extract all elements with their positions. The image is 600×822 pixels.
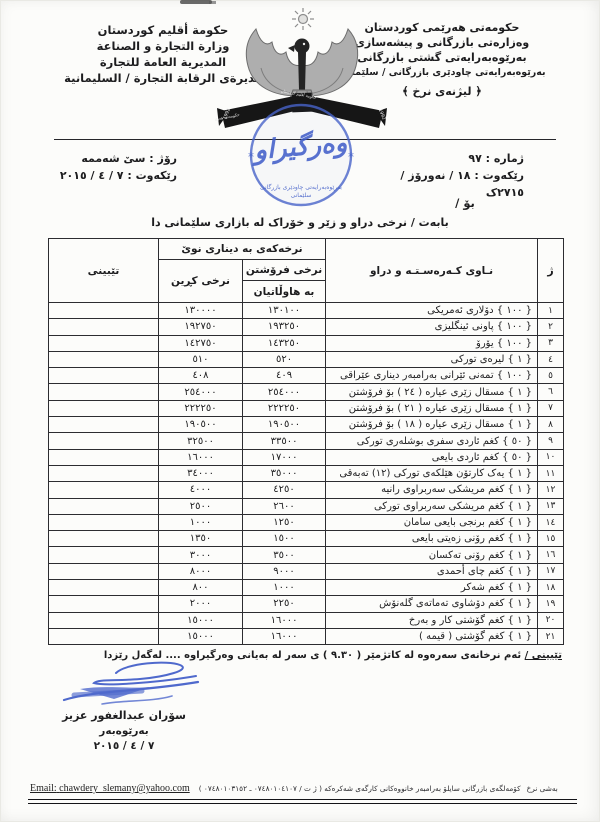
subject-line: بابەت / نرخی دراو و زێر و خۆراک لە بازار… <box>60 216 540 229</box>
sell-price-cell: ١٩٠٥٠٠ <box>243 417 326 433</box>
row-number-cell: ٢١ <box>538 628 564 644</box>
item-name-cell: { ١٠٠ } پاونی ئینگلیزی <box>326 319 538 335</box>
stamp-ring-text: سلێمانی <box>291 192 312 199</box>
note-cell <box>49 628 159 644</box>
note-cell <box>49 368 159 384</box>
sell-price-cell: ١٣٠١٠٠ <box>243 303 326 319</box>
buy-price-cell: ٨٠٠ <box>159 580 243 596</box>
number-line: ژمارە : ٩٧ <box>368 150 524 167</box>
price-table-row: ١٩{ ١ } کغم دۆشاوی تەماتەی گلەنۆش٢٢٥٠٢٠٠… <box>49 596 564 612</box>
footer-contact: Email: chawdery_slemany@yahoo.com کۆمەلگ… <box>30 783 578 794</box>
meta-left-block: رۆژ : سێ شەممە رێکەوت : ٧ / ٤ / ٢٠١٥ <box>55 150 177 184</box>
buy-price-cell: ١٩٠٥٠٠ <box>159 417 243 433</box>
sell-price-cell: ٢٢٢٢٥٠ <box>243 400 326 416</box>
item-name-cell: { ١ } مسقال زێری عیارە ( ٢١ ) بۆ فرۆشتن <box>326 400 538 416</box>
signer-name: سۆران عبدالغفور عزیز <box>40 708 208 724</box>
row-number-cell: ١٢ <box>538 482 564 498</box>
buy-price-cell: ٢٠٠٠ <box>159 596 243 612</box>
buy-price-cell: ٣٤٠٠٠ <box>159 465 243 481</box>
buy-price-cell: ٢٢٢٢٥٠ <box>159 400 243 416</box>
item-name-cell: { ١ } کغم رۆنی زەیتی بایعی <box>326 531 538 547</box>
col-header-buy: نرخی کڕین <box>159 260 243 303</box>
date-line: رێکەوت : ٧ / ٤ / ٢٠١٥ <box>55 167 177 184</box>
email-link[interactable]: Email: chawdery_slemany@yahoo.com <box>30 783 190 794</box>
footer-divider <box>28 799 577 804</box>
buy-price-cell: ٣٠٠٠ <box>159 547 243 563</box>
item-name-cell: { ١٠٠ } یۆرۆ <box>326 335 538 351</box>
sell-price-cell: ١٦٠٠٠ <box>243 612 326 628</box>
col-header-sell-sub: بە هاوڵاتیان <box>243 281 326 303</box>
price-table-row: ٨{ ١ } مسقال زێری عیارە ( ١٨ ) بۆ فرۆشتن… <box>49 417 564 433</box>
sell-price-cell: ١٢٥٠ <box>243 514 326 530</box>
price-table-row: ١٦{ ١ } کغم رۆنی تەکسان٣٥٠٠٣٠٠٠ <box>49 547 564 563</box>
note-cell <box>49 563 159 579</box>
price-table-row: ١{ ١٠٠ } دۆلاری ئەمریکی١٣٠١٠٠١٣٠٠٠٠ <box>49 303 564 319</box>
buy-price-cell: ٣٢٥٠٠ <box>159 433 243 449</box>
sell-price-cell: ٤٢٥٠ <box>243 482 326 498</box>
price-table-row: ١٥{ ١ } کغم رۆنی زەیتی بایعی١٥٠٠١٣٥٠ <box>49 531 564 547</box>
note-cell <box>49 482 159 498</box>
sell-price-cell: ١٥٠٠ <box>243 531 326 547</box>
sell-price-cell: ١٦٠٠٠ <box>243 628 326 644</box>
to-line: بۆ / <box>430 196 500 210</box>
price-section-label: بەشی نرخ <box>527 784 558 793</box>
row-number-cell: ١١ <box>538 465 564 481</box>
row-number-cell: ١٧ <box>538 563 564 579</box>
row-number-cell: ١٣ <box>538 498 564 514</box>
sell-price-cell: ٥٢٠ <box>243 351 326 367</box>
sell-price-cell: ١٧٠٠٠ <box>243 449 326 465</box>
sell-price-cell: ٣٥٠٠٠ <box>243 465 326 481</box>
note-cell <box>49 303 159 319</box>
note-cell <box>49 449 159 465</box>
buy-price-cell: ٥١٠ <box>159 351 243 367</box>
item-name-cell: { ١ } کغم مریشکی سەربراوی رانیە <box>326 482 538 498</box>
row-number-cell: ١ <box>538 303 564 319</box>
price-table-row: ١٣{ ١ } کغم مریشکی سەربراوی تورکی٢٦٠٠٢٥٠… <box>49 498 564 514</box>
item-name-cell: { ١ } کغم رۆنی تەکسان <box>326 547 538 563</box>
row-number-cell: ١٤ <box>538 514 564 530</box>
buy-price-cell: ١٠٠٠ <box>159 514 243 530</box>
price-table-row: ١٠{ ٥٠ } کغم ئاردی بایعی١٧٠٠٠١٦٠٠٠ <box>49 449 564 465</box>
note-cell <box>49 596 159 612</box>
col-header-seq: ژ <box>538 239 564 303</box>
buy-price-cell: ١٤٢٧٥٠ <box>159 335 243 351</box>
item-name-cell: { ١٠٠ } تمەنی ئێرانی بەرامبەر دیناری عێر… <box>326 368 538 384</box>
price-table-row: ٥{ ١٠٠ } تمەنی ئێرانی بەرامبەر دیناری عێ… <box>49 368 564 384</box>
buy-price-cell: ١٩٢٧٥٠ <box>159 319 243 335</box>
note-cell <box>49 335 159 351</box>
item-name-cell: { ١ } کغم مریشکی سەربراوی تورکی <box>326 498 538 514</box>
col-header-item-name: نـاوی کـەرەسـتـە و دراو <box>326 239 538 303</box>
meta-right-block: ژمارە : ٩٧ رێکەوت : ١٨ / نەورۆز / ٢٧١٥ک <box>368 150 524 201</box>
signature-date: ٧ / ٤ / ٢٠١٥ <box>40 739 208 754</box>
row-number-cell: ١٦ <box>538 547 564 563</box>
note-cell <box>49 465 159 481</box>
row-number-cell: ١٠ <box>538 449 564 465</box>
item-name-cell: { ١ } کغم شەکر <box>326 580 538 596</box>
footnote-label: تێبینی / <box>525 650 562 661</box>
buy-price-cell: ١٣٠٠٠٠ <box>159 303 243 319</box>
price-table-row: ٤{ ١ } لیرەی تورکی٥٢٠٥١٠ <box>49 351 564 367</box>
item-name-cell: { ٥٠ } کغم ئاردی سفری بوشلەری تورکی <box>326 433 538 449</box>
row-number-cell: ٥ <box>538 368 564 384</box>
round-stamp-icon: * * بەرێوەبەرایەتی چاودێری بازرگانی سلێم… <box>233 99 371 219</box>
item-name-cell: { ١ } کغم دۆشاوی تەماتەی گلەنۆش <box>326 596 538 612</box>
price-table-row: ٢٠{ ١ } کغم گۆشتی کار و بەرخ١٦٠٠٠١٥٠٠٠ <box>49 612 564 628</box>
note-cell <box>49 384 159 400</box>
item-name-cell: { ١ } کغم گۆشتی کار و بەرخ <box>326 612 538 628</box>
sell-price-cell: ٣٥٠٠ <box>243 547 326 563</box>
stamp-star: * <box>348 150 354 164</box>
sell-price-cell: ١٠٠٠ <box>243 580 326 596</box>
price-table-body: ١{ ١٠٠ } دۆلاری ئەمریکی١٣٠١٠٠١٣٠٠٠٠٢{ ١٠… <box>49 303 564 645</box>
price-table-row: ١٢{ ١ } کغم مریشکی سەربراوی رانیە٤٢٥٠٤٠٠… <box>49 482 564 498</box>
scan-smudge <box>180 0 212 4</box>
row-number-cell: ٦ <box>538 384 564 400</box>
item-name-cell: { ١٠٠ } دۆلاری ئەمریکی <box>326 303 538 319</box>
price-table-row: ٩{ ٥٠ } کغم ئاردی سفری بوشلەری تورکی٣٣٥٠… <box>49 433 564 449</box>
price-table-row: ٢{ ١٠٠ } پاونی ئینگلیزی١٩٣٢٥٠١٩٢٧٥٠ <box>49 319 564 335</box>
buy-price-cell: ٨٠٠٠ <box>159 563 243 579</box>
note-cell <box>49 351 159 367</box>
item-name-cell: { ١ } کغم گۆشتی ( قیمە ) <box>326 628 538 644</box>
row-number-cell: ١٨ <box>538 580 564 596</box>
price-table-row: ١٧{ ١ } کغم چای أحمدی٩٠٠٠٨٠٠٠ <box>49 563 564 579</box>
stamp-ring-text: بەرێوەبەرایەتی چاودێری بازرگانی <box>260 183 342 191</box>
sun-icon <box>292 8 314 30</box>
item-name-cell: { ١ } مسقال زێری عیارە ( ١٨ ) بۆ فرۆشتن <box>326 417 538 433</box>
price-table-row: ٧{ ١ } مسقال زێری عیارە ( ٢١ ) بۆ فرۆشتن… <box>49 400 564 416</box>
sell-price-cell: ٢٦٠٠ <box>243 498 326 514</box>
price-table-row: ١١{ ١ } یەک کارتۆن هێلکەی تورکی (١٢) تەب… <box>49 465 564 481</box>
price-table-row: ١٨{ ١ } کغم شەکر١٠٠٠٨٠٠ <box>49 580 564 596</box>
col-header-price-group: نرخەکەی بە دیناری نوێ <box>159 239 326 260</box>
price-table-row: ٢١{ ١ } کغم گۆشتی ( قیمە )١٦٠٠٠١٥٠٠٠ <box>49 628 564 644</box>
note-cell <box>49 433 159 449</box>
buy-price-cell: ١٦٠٠٠ <box>159 449 243 465</box>
day-line: رۆژ : سێ شەممە <box>55 150 177 167</box>
note-cell <box>49 547 159 563</box>
buy-price-cell: ١٥٠٠٠ <box>159 612 243 628</box>
note-cell <box>49 498 159 514</box>
table-header-row: ژ نـاوی کـەرەسـتـە و دراو نرخەکەی بە دین… <box>49 239 564 260</box>
price-table-row: ١٤{ ١ } کغم برنجی بایعی سامان١٢٥٠١٠٠٠ <box>49 514 564 530</box>
note-cell <box>49 531 159 547</box>
note-cell <box>49 612 159 628</box>
buy-price-cell: ٤٠٨ <box>159 368 243 384</box>
sell-price-cell: ١٤٣٢٥٠ <box>243 335 326 351</box>
row-number-cell: ٩ <box>538 433 564 449</box>
row-number-cell: ٤ <box>538 351 564 367</box>
buy-price-cell: ٤٠٠٠ <box>159 482 243 498</box>
sell-price-cell: ٢٥٤٠٠٠ <box>243 384 326 400</box>
note-cell <box>49 319 159 335</box>
row-number-cell: ١٩ <box>538 596 564 612</box>
item-name-cell: { ١ } کغم چای أحمدی <box>326 563 538 579</box>
item-name-cell: { ١ } یەک کارتۆن هێلکەی تورکی (١٢) تەبەق… <box>326 465 538 481</box>
signer-title: بەرێوەبەر <box>40 724 208 739</box>
note-cell <box>49 400 159 416</box>
item-name-cell: { ١ } لیرەی تورکی <box>326 351 538 367</box>
scanned-price-list-document: حكومة أقليم كوردستان وزارة التجارة و الص… <box>0 0 600 822</box>
row-number-cell: ١٥ <box>538 531 564 547</box>
row-number-cell: ٣ <box>538 335 564 351</box>
sell-price-cell: ٤٠٩ <box>243 368 326 384</box>
address-text: کۆمەلگەی بازرگانی سایلۆ بەرامبەر خانووەک… <box>199 784 521 793</box>
row-number-cell: ٨ <box>538 417 564 433</box>
sell-price-cell: ٢٢٥٠ <box>243 596 326 612</box>
signature-block: سۆران عبدالغفور عزیز بەرێوەبەر ٧ / ٤ / ٢… <box>40 708 208 754</box>
note-cell <box>49 514 159 530</box>
row-number-cell: ٢ <box>538 319 564 335</box>
price-table: ژ نـاوی کـەرەسـتـە و دراو نرخەکەی بە دین… <box>48 238 564 645</box>
note-cell <box>49 417 159 433</box>
note-cell <box>49 580 159 596</box>
buy-price-cell: ١٥٠٠٠ <box>159 628 243 644</box>
col-header-sell: نرخی فرۆشتن <box>243 260 326 281</box>
item-name-cell: { ٥٠ } کغم ئاردی بایعی <box>326 449 538 465</box>
buy-price-cell: ١٣٥٠ <box>159 531 243 547</box>
col-header-notes: تێبینی <box>49 239 159 303</box>
sell-price-cell: ٩٠٠٠ <box>243 563 326 579</box>
sell-price-cell: ١٩٣٢٥٠ <box>243 319 326 335</box>
buy-price-cell: ٢٥٠٠ <box>159 498 243 514</box>
item-name-cell: { ١ } کغم برنجی بایعی سامان <box>326 514 538 530</box>
stamp-star: * <box>248 150 254 164</box>
item-name-cell: { ١ } مسقال زێری عیارە ( ٢٤ ) بۆ فرۆشتن <box>326 384 538 400</box>
row-number-cell: ٢٠ <box>538 612 564 628</box>
price-table-row: ٣{ ١٠٠ } یۆرۆ١٤٣٢٥٠١٤٢٧٥٠ <box>49 335 564 351</box>
row-number-cell: ٧ <box>538 400 564 416</box>
price-table-row: ٦{ ١ } مسقال زێری عیارە ( ٢٤ ) بۆ فرۆشتن… <box>49 384 564 400</box>
office-address: کۆمەلگەی بازرگانی سایلۆ بەرامبەر خانووەک… <box>199 784 558 793</box>
buy-price-cell: ٢٥٤٠٠٠ <box>159 384 243 400</box>
sell-price-cell: ٣٣٥٠٠ <box>243 433 326 449</box>
